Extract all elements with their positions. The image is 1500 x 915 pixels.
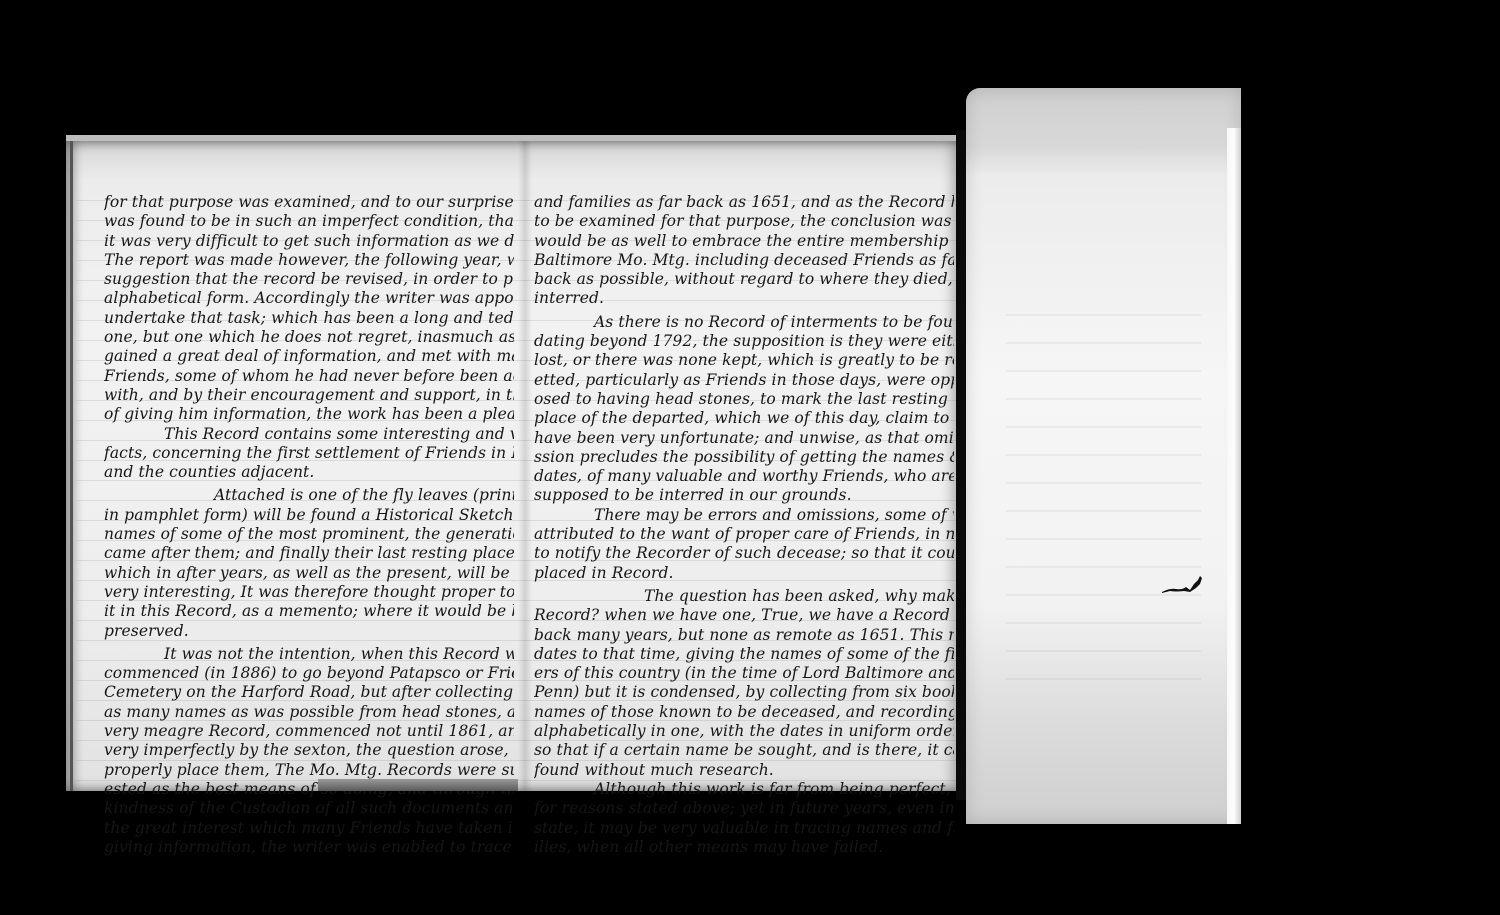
text-line: kindness of the Custodian of all such do… [104, 799, 514, 818]
text-line: undertake that task; which has been a lo… [104, 309, 514, 328]
text-line: state, it may be very valuable in tracin… [534, 819, 954, 838]
text-line: and families as far back as 1651, and as… [534, 193, 954, 212]
text-line: very meagre Record, commenced not until … [104, 722, 514, 741]
text-line: would be as well to embrace the entire m… [534, 232, 954, 251]
sheet-edge [1227, 128, 1241, 824]
text-line: etted, particularly as Friends in those … [534, 371, 954, 390]
text-line: came after them; and finally their last … [104, 544, 514, 563]
text-line: and the counties adjacent. [104, 463, 514, 482]
text-line: so that if a certain name be sought, and… [534, 741, 954, 760]
text-line: supposed to be interred in our grounds. [534, 486, 954, 505]
text-line: Cemetery on the Harford Road, but after … [104, 683, 514, 702]
text-line: dates, of many valuable and worthy Frien… [534, 467, 954, 486]
text-line: commenced (in 1886) to go beyond Patapsc… [104, 664, 514, 683]
text-line: Penn) but it is condensed, by collecting… [534, 683, 954, 702]
bleed-through-lines [1006, 288, 1201, 704]
text-line: The report was made however, the followi… [104, 251, 514, 270]
text-line: names of those known to be deceased, and… [534, 703, 954, 722]
text-line: found without much research. [534, 761, 954, 780]
text-line: ers of this country (in the time of Lord… [534, 664, 954, 683]
binding-tab [318, 779, 518, 791]
text-line: suggestion that the record be revised, i… [104, 270, 514, 289]
text-line: have been very unfortunate; and unwise, … [534, 429, 954, 448]
page-gutter [518, 141, 532, 791]
text-line: the great interest which many Friends ha… [104, 819, 514, 838]
text-line: alphabetically in one, with the dates in… [534, 722, 954, 741]
text-line: to notify the Recorder of such decease; … [534, 544, 954, 563]
text-line: dates to that time, giving the names of … [534, 645, 954, 664]
text-line: alphabetical form. Accordingly the write… [104, 289, 514, 308]
text-line: as many names as was possible from head … [104, 703, 514, 722]
left-page-text: for that purpose was examined, and to ou… [104, 193, 514, 857]
text-line: it in this Record, as a memento; where i… [104, 602, 514, 621]
text-line: Friends, some of whom he had never befor… [104, 367, 514, 386]
text-line: attributed to the want of proper care of… [534, 525, 954, 544]
text-line: back many years, but none as remote as 1… [534, 626, 954, 645]
text-line: Baltimore Mo. Mtg. including deceased Fr… [534, 251, 954, 270]
text-line: interred. [534, 289, 954, 308]
text-line: ilies, when all other means may have fai… [534, 838, 954, 857]
paragraph-start-line: The question has been asked, why make th… [534, 587, 954, 606]
text-line: one, but one which he does not regret, i… [104, 328, 514, 347]
ink-blot-mark [1160, 574, 1206, 596]
text-line: facts, concerning the first settlement o… [104, 444, 514, 463]
paragraph-start-line: As there is no Record of interments to b… [534, 313, 954, 332]
text-line: which in after years, as well as the pre… [104, 564, 514, 583]
ledger-spread: for that purpose was examined, and to ou… [66, 135, 968, 791]
text-line: gained a great deal of information, and … [104, 347, 514, 366]
text-line: place of the departed, which we of this … [534, 409, 954, 428]
text-line: to be examined for that purpose, the con… [534, 212, 954, 231]
text-line: placed in Record. [534, 564, 954, 583]
text-line: dating beyond 1792, the supposition is t… [534, 332, 954, 351]
paragraph-start-line: Attached is one of the fly leaves (print… [104, 486, 514, 505]
text-line: for that purpose was examined, and to ou… [104, 193, 514, 212]
text-line: very interesting, It was therefore thoug… [104, 583, 514, 602]
text-line: names of some of the most prominent, the… [104, 525, 514, 544]
paragraph-start-line: It was not the intention, when this Reco… [104, 645, 514, 664]
text-line: giving information, the writer was enabl… [104, 838, 514, 857]
text-line: properly place them, The Mo. Mtg. Record… [104, 761, 514, 780]
text-line: back as possible, without regard to wher… [534, 270, 954, 289]
text-line: Record? when we have one, True, we have … [534, 606, 954, 625]
paragraph-start-line: Although this work is far from being per… [534, 780, 954, 799]
paragraph-start-line: There may be errors and omissions, some … [534, 506, 954, 525]
text-line: osed to having head stones, to mark the … [534, 390, 954, 409]
paragraph-start-line: This Record contains some interesting an… [104, 425, 514, 444]
facing-blank-sheet [966, 88, 1241, 824]
text-line: was found to be in such an imperfect con… [104, 212, 514, 231]
text-line: for reasons stated above; yet in future … [534, 799, 954, 818]
text-line: in pamphlet form) will be found a Histor… [104, 506, 514, 525]
text-line: it was very difficult to get such inform… [104, 232, 514, 251]
text-line: of giving him information, the work has … [104, 405, 514, 424]
text-line: with, and by their encouragement and sup… [104, 386, 514, 405]
text-line: lost, or there was none kept, which is g… [534, 351, 954, 370]
text-line: preserved. [104, 622, 514, 641]
text-line: ssion precludes the possibility of getti… [534, 448, 954, 467]
right-page-text: and families as far back as 1651, and as… [534, 193, 954, 857]
text-line: very imperfectly by the sexton, the ques… [104, 741, 514, 760]
